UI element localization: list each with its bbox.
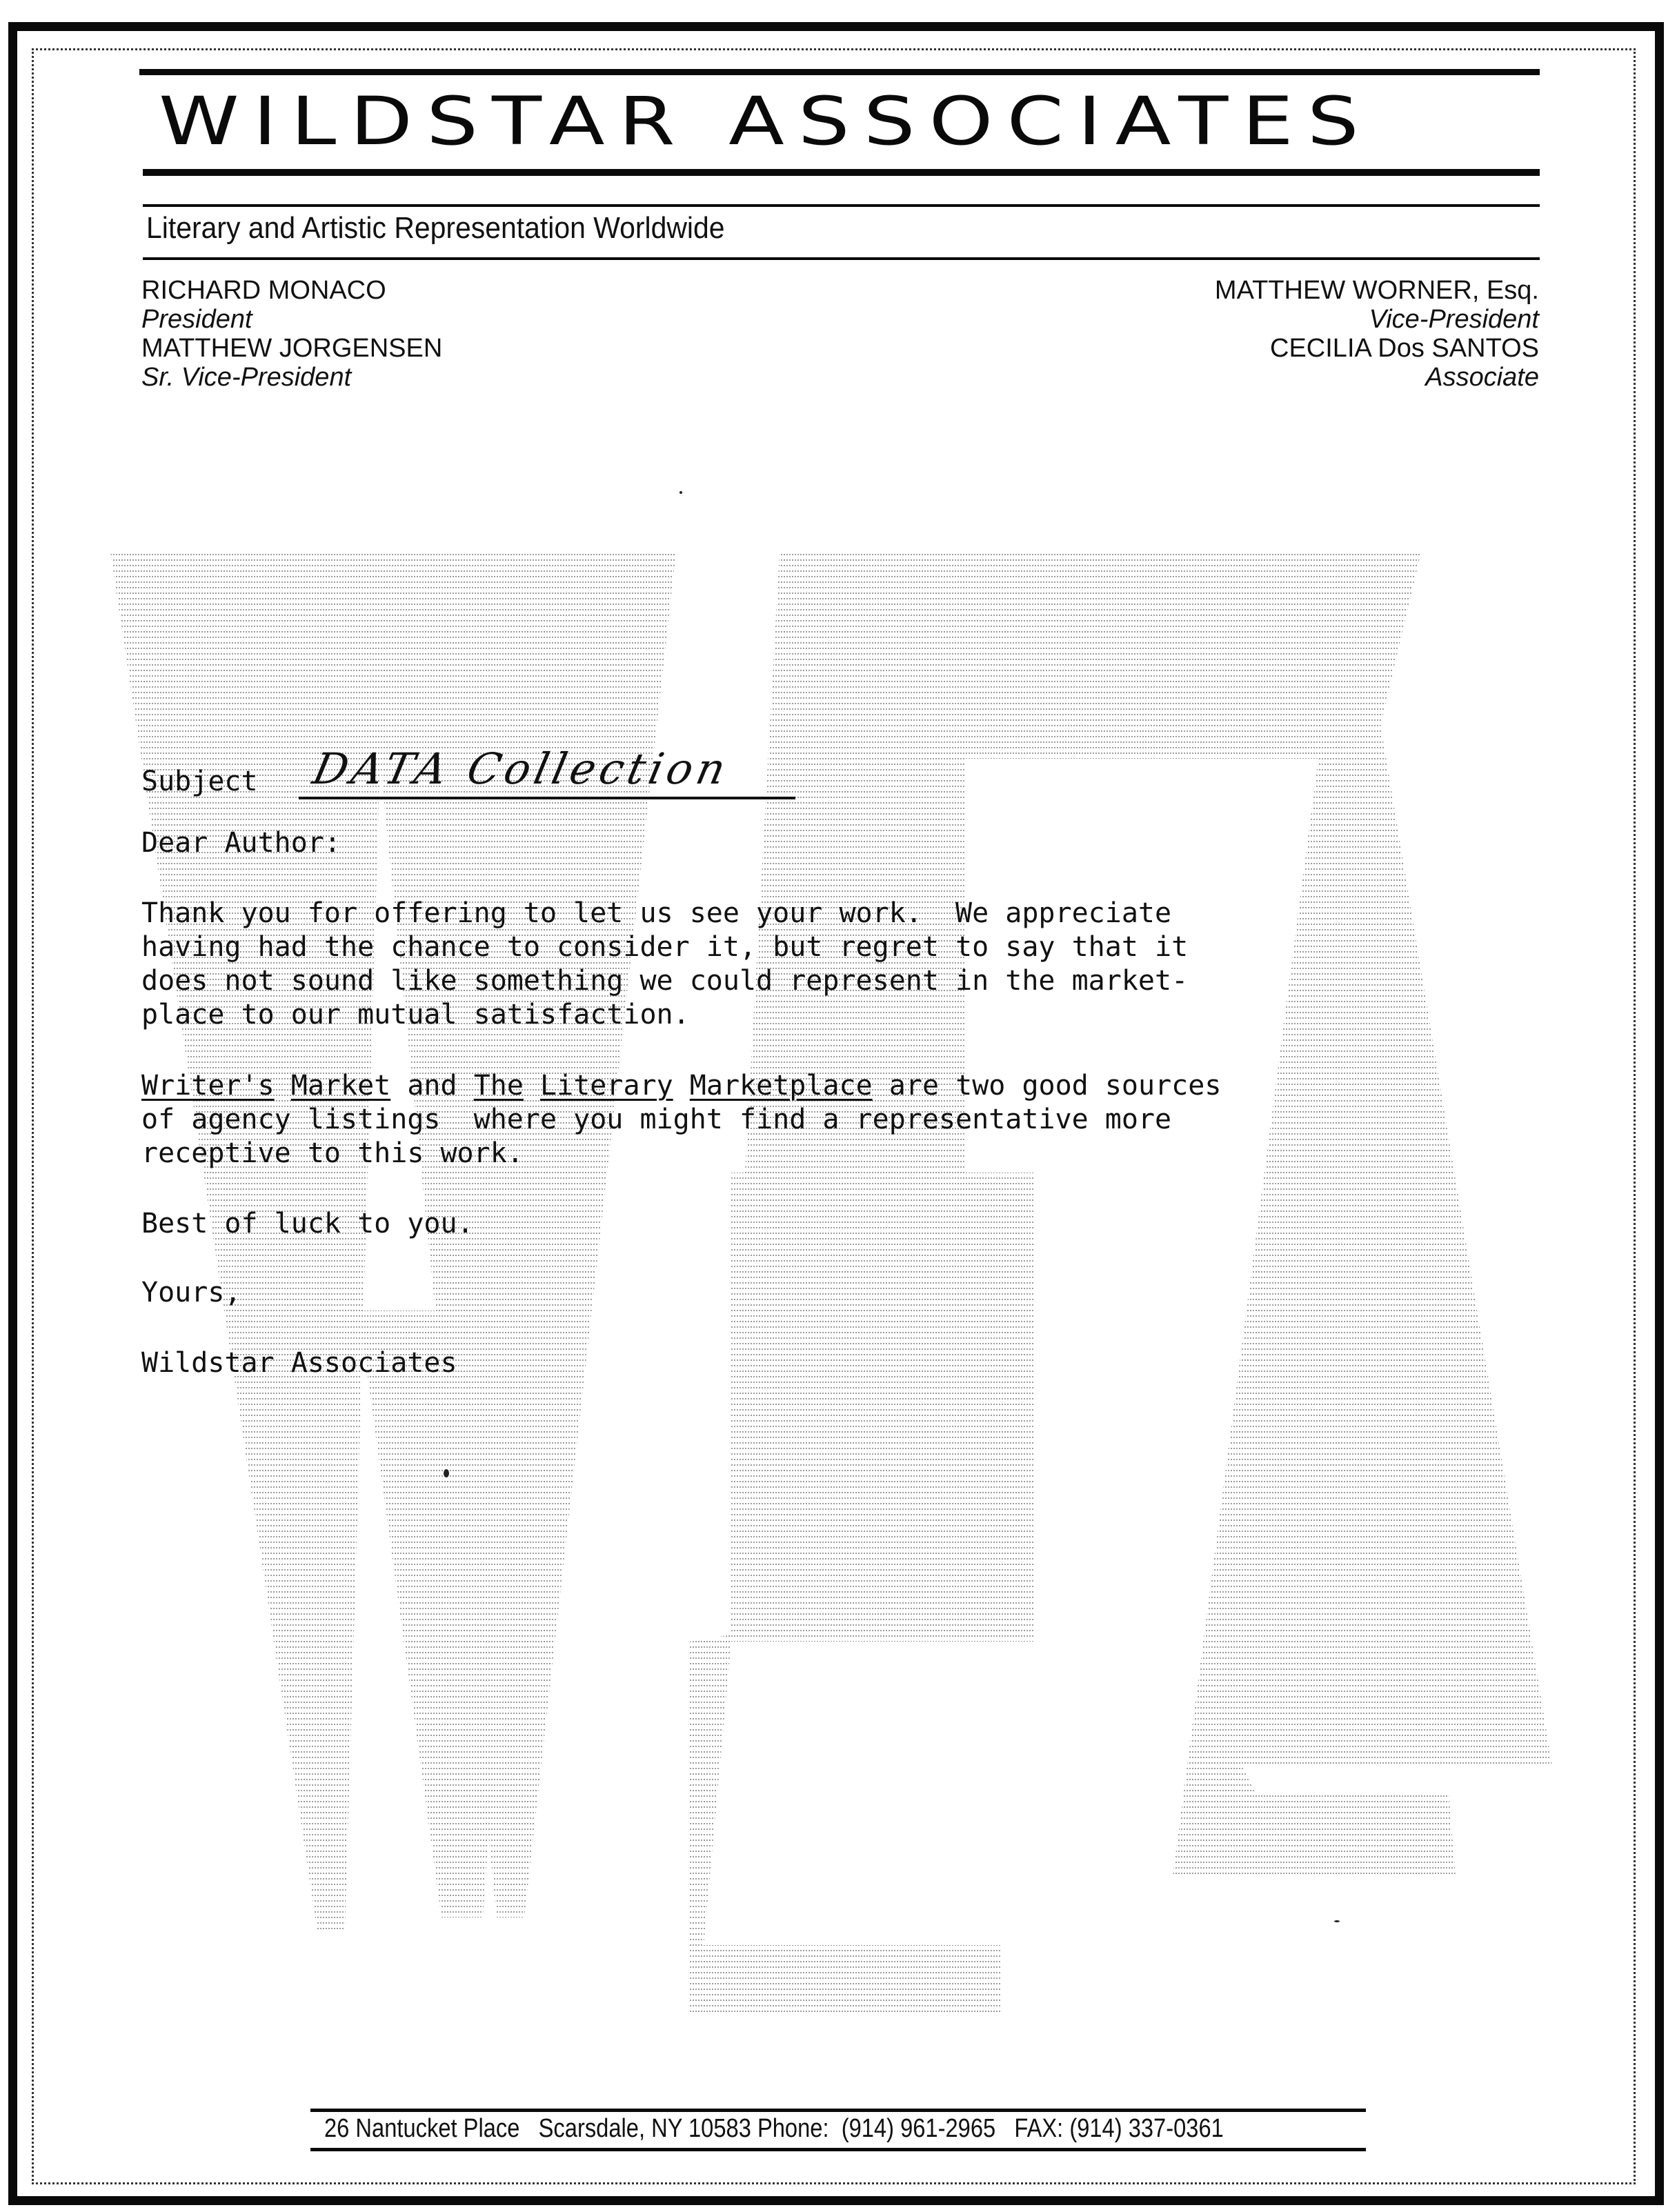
book-title-market: Market [291,1070,391,1102]
header-rule-under-brand [143,169,1540,176]
officer-title: President [141,305,442,334]
subject-field: Subject DATA Collection [141,752,762,800]
closing: Yours, [141,1276,241,1310]
paragraph-2-line: Writer's Market and The Literary Marketp… [141,1069,1221,1103]
paragraph-2-text: are two good sources [889,1070,1222,1102]
scan-speck [679,491,682,494]
header-rule-above-tagline [143,204,1540,207]
officer-name: MATTHEW JORGENSEN [141,334,442,363]
paragraph-2-line: of agency listings where you might find … [141,1103,1171,1137]
closing-wish: Best of luck to you. [141,1207,474,1241]
subject-label: Subject [141,766,258,797]
officers-right: MATTHEW WORNER, Esq. Vice-President CECI… [1215,276,1539,392]
subject-handwritten-value: DATA Collection [308,744,734,794]
conjunction: and [407,1070,457,1102]
officer-title: Sr. Vice-President [141,363,442,392]
company-logo-wordmark: WILDSTAR ASSOCIATES [159,81,1552,161]
paragraph-1-line: Thank you for offering to let us see you… [141,897,1171,930]
officers-left: RICHARD MONACO President MATTHEW JORGENS… [141,276,442,392]
scan-speck [1334,1920,1340,1922]
company-name: WILDSTAR ASSOCIATES [159,81,1373,161]
book-title-writers: Writer's [141,1070,275,1102]
footer-rule-bottom [310,2148,1366,2151]
paragraph-1-line: having had the chance to consider it, bu… [141,930,1188,964]
officer-name: RICHARD MONACO [141,276,442,305]
header-rule-below-tagline [143,257,1540,260]
book-title-literary: Literary [540,1070,673,1102]
company-tagline: Literary and Artistic Representation Wor… [146,211,725,246]
officer-title: Vice-President [1215,305,1539,334]
book-title-marketplace: Marketplace [690,1070,873,1102]
book-title-the: The [474,1070,524,1102]
officer-name: MATTHEW WORNER, Esq. [1215,276,1539,305]
salutation: Dear Author: [141,826,341,860]
header-rule-top [139,69,1540,75]
paragraph-1-line: place to our mutual satisfaction. [141,998,690,1032]
scan-speck [444,1469,449,1477]
subject-underline [299,797,795,799]
footer-address: 26 Nantucket Place Scarsdale, NY 10583 P… [324,2114,1224,2144]
paragraph-2-line: receptive to this work. [141,1137,524,1170]
officer-name: CECILIA Dos SANTOS [1215,334,1539,363]
officer-title: Associate [1215,363,1539,392]
paragraph-1-line: does not sound like something we could r… [141,964,1188,998]
footer-rule-top [310,2109,1366,2112]
signature: Wildstar Associates [141,1346,457,1380]
